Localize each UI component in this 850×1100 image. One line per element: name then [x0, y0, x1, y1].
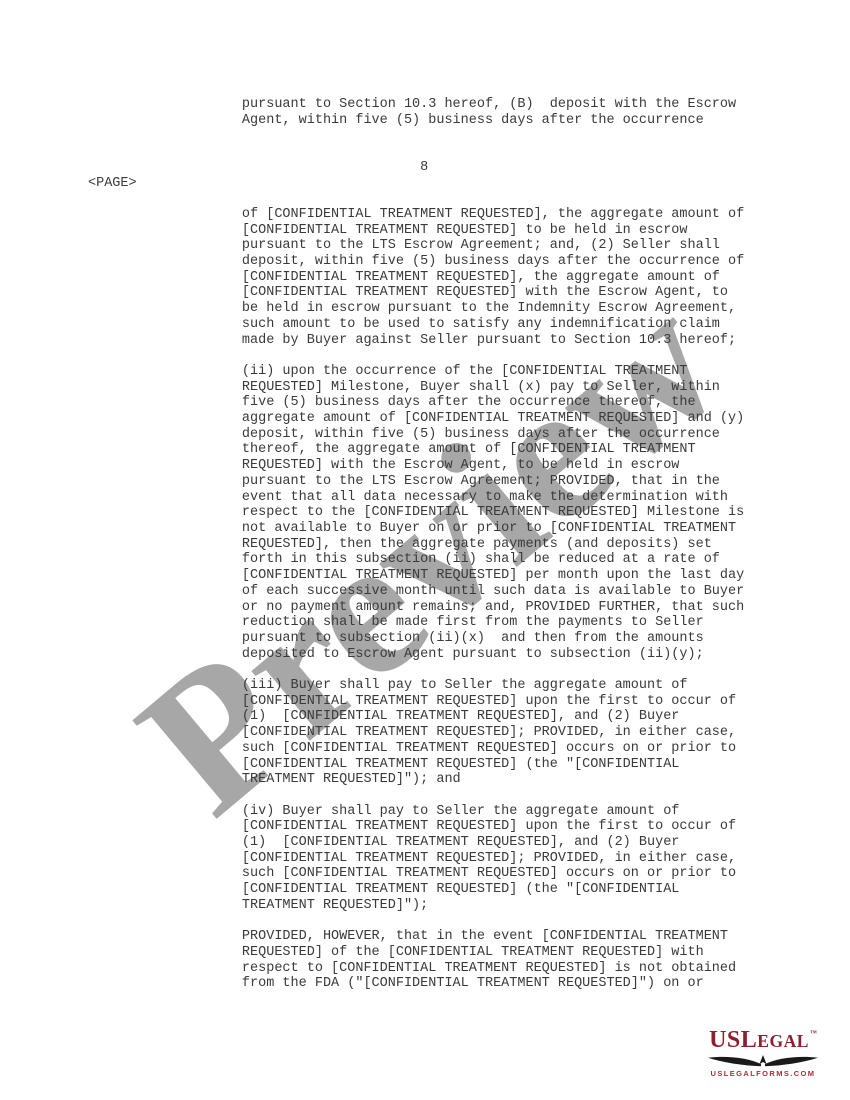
eagle-wings-icon [707, 1055, 819, 1068]
document-text: pursuant to Section 10.3 hereof, (B) dep… [88, 97, 744, 992]
trademark-symbol: ™ [810, 1029, 817, 1037]
logo-website: USLEGALFORMS.COM [704, 1069, 822, 1078]
logo-text-lead: USL [709, 1027, 757, 1053]
uslegal-logo[interactable]: USLEGAL™ USLEGALFORMS.COM [704, 1022, 822, 1078]
document-page: Preview pursuant to Section 10.3 hereof,… [0, 0, 850, 1100]
logo-text-tail: EGAL [757, 1031, 809, 1051]
uslegal-wordmark: USLEGAL™ [704, 1022, 822, 1054]
